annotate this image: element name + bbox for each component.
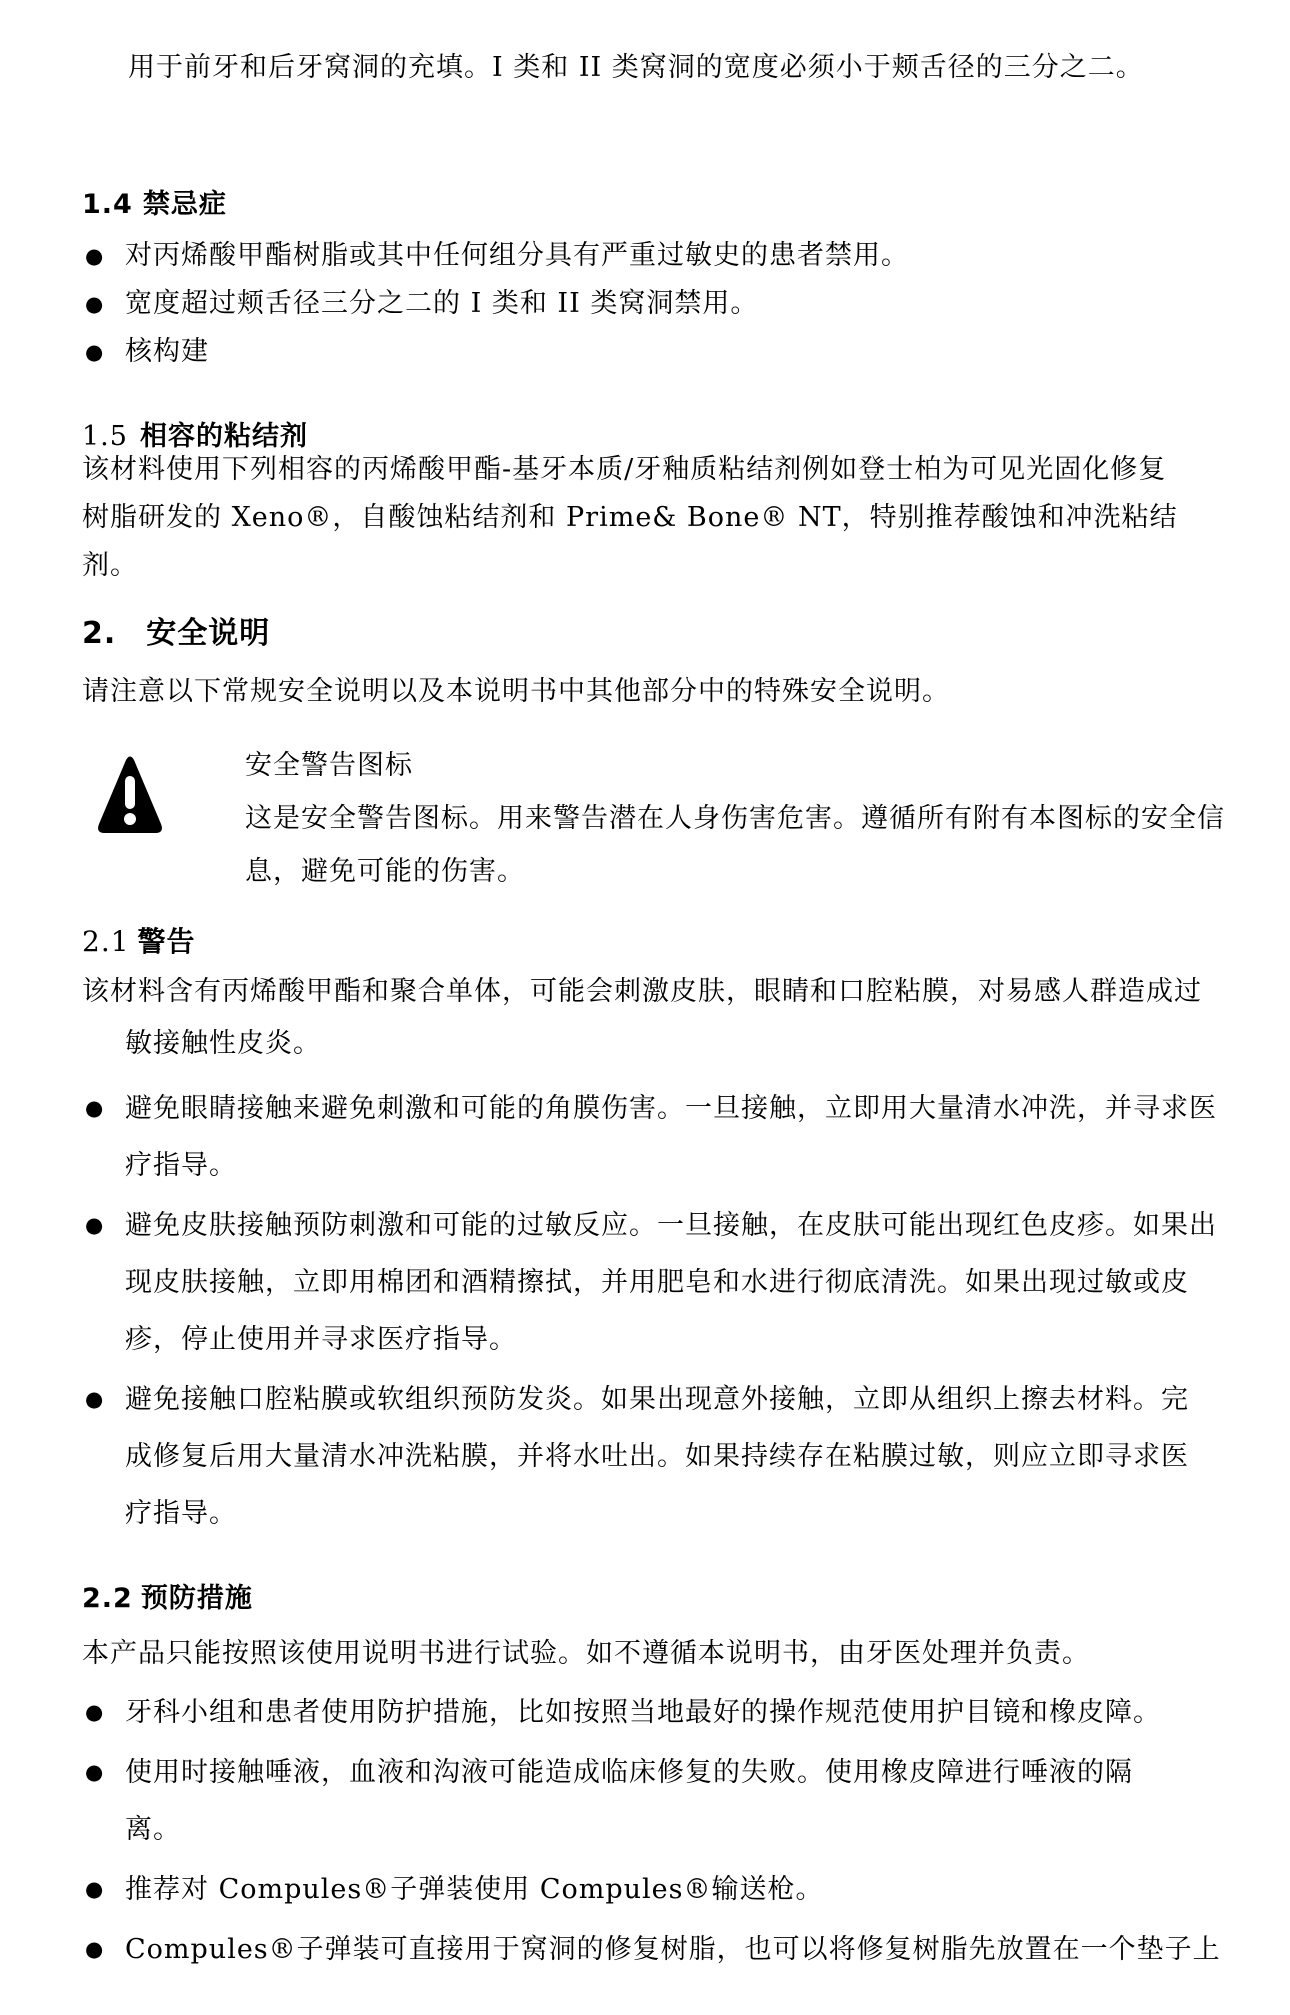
section-2-2-number: 2.2 bbox=[82, 1583, 133, 1614]
warnings-lead-paragraph: 该材料含有丙烯酸甲酯和聚合单体，可能会刺激皮肤，眼睛和口腔粘膜，对易感人群造成过… bbox=[82, 966, 1215, 1070]
section-2-title: 安全说明 bbox=[146, 616, 270, 651]
warning-icon-caption-body: 这是安全警告图标。用来警告潜在人身伤害危害。遵循所有附有本图标的安全信息，避免可… bbox=[245, 792, 1230, 898]
compatible-adhesives-paragraph: 该材料使用下列相容的丙烯酸甲酯-基牙本质/牙釉质粘结剂例如登士柏为可见光固化修复… bbox=[82, 446, 1182, 590]
warning-icon-caption-title: 安全警告图标 bbox=[245, 746, 413, 786]
contraindications-list: 对丙烯酸甲酯树脂或其中任何组分具有严重过敏史的患者禁用。 宽度超过颊舌径三分之二… bbox=[82, 232, 1208, 376]
section-2-2-title: 预防措施 bbox=[141, 1583, 253, 1614]
section-2-1-number: 2.1 bbox=[82, 925, 130, 958]
list-item: 避免皮肤接触预防刺激和可能的过敏反应。一旦接触，在皮肤可能出现红色皮疹。如果出现… bbox=[82, 1197, 1225, 1368]
list-item: 牙科小组和患者使用防护措施，比如按照当地最好的操作规范使用护目镜和橡皮障。 bbox=[82, 1684, 1208, 1741]
warnings-list: 避免眼睛接触来避免刺激和可能的角膜伤害。一旦接触，立即用大量清水冲洗，并寻求医疗… bbox=[82, 1080, 1208, 1542]
list-item: 避免接触口腔粘膜或软组织预防发炎。如果出现意外接触，立即从组织上擦去材料。完成修… bbox=[82, 1371, 1205, 1542]
section-2-2-heading: 2.2预防措施 bbox=[82, 1576, 253, 1615]
precautions-lead-paragraph: 本产品只能按照该使用说明书进行试验。如不遵循本说明书，由牙医处理并负责。 bbox=[82, 1634, 1222, 1674]
section-2-1-title: 警告 bbox=[138, 925, 196, 958]
list-item: 使用时接触唾液，血液和沟液可能造成临床修复的失败。使用橡皮障进行唾液的隔离。 bbox=[82, 1744, 1145, 1858]
safety-warning-triangle-icon bbox=[97, 753, 163, 837]
section-2-1-heading: 2.1警告 bbox=[82, 920, 196, 960]
intro-paragraph: 用于前牙和后牙窝洞的充填。I 类和 II 类窝洞的宽度必须小于颊舌径的三分之二。 bbox=[82, 48, 1212, 88]
section-2-heading: 2.安全说明 bbox=[82, 608, 270, 652]
precautions-list: 牙科小组和患者使用防护措施，比如按照当地最好的操作规范使用护目镜和橡皮障。 使用… bbox=[82, 1684, 1208, 1978]
list-item: 宽度超过颊舌径三分之二的 I 类和 II 类窝洞禁用。 bbox=[82, 280, 1208, 328]
safety-intro-paragraph: 请注意以下常规安全说明以及本说明书中其他部分中的特殊安全说明。 bbox=[82, 672, 1222, 712]
list-item: Compules®子弹装可直接用于窝洞的修复树脂，也可以将修复树脂先放置在一个垫… bbox=[82, 1921, 1275, 1978]
list-item: 对丙烯酸甲酯树脂或其中任何组分具有严重过敏史的患者禁用。 bbox=[82, 232, 1208, 280]
list-item: 避免眼睛接触来避免刺激和可能的角膜伤害。一旦接触，立即用大量清水冲洗，并寻求医疗… bbox=[82, 1080, 1225, 1194]
section-1-4-title: 禁忌症 bbox=[143, 189, 227, 220]
list-item: 推荐对 Compules®子弹装使用 Compules®输送枪。 bbox=[82, 1861, 1208, 1918]
section-2-number: 2. bbox=[82, 616, 116, 651]
section-1-4-heading: 1.4禁忌症 bbox=[82, 182, 227, 221]
list-item: 核构建 bbox=[82, 328, 1208, 376]
document-page: 用于前牙和后牙窝洞的充填。I 类和 II 类窝洞的宽度必须小于颊舌径的三分之二。… bbox=[0, 0, 1290, 2015]
section-1-4-number: 1.4 bbox=[82, 189, 133, 220]
